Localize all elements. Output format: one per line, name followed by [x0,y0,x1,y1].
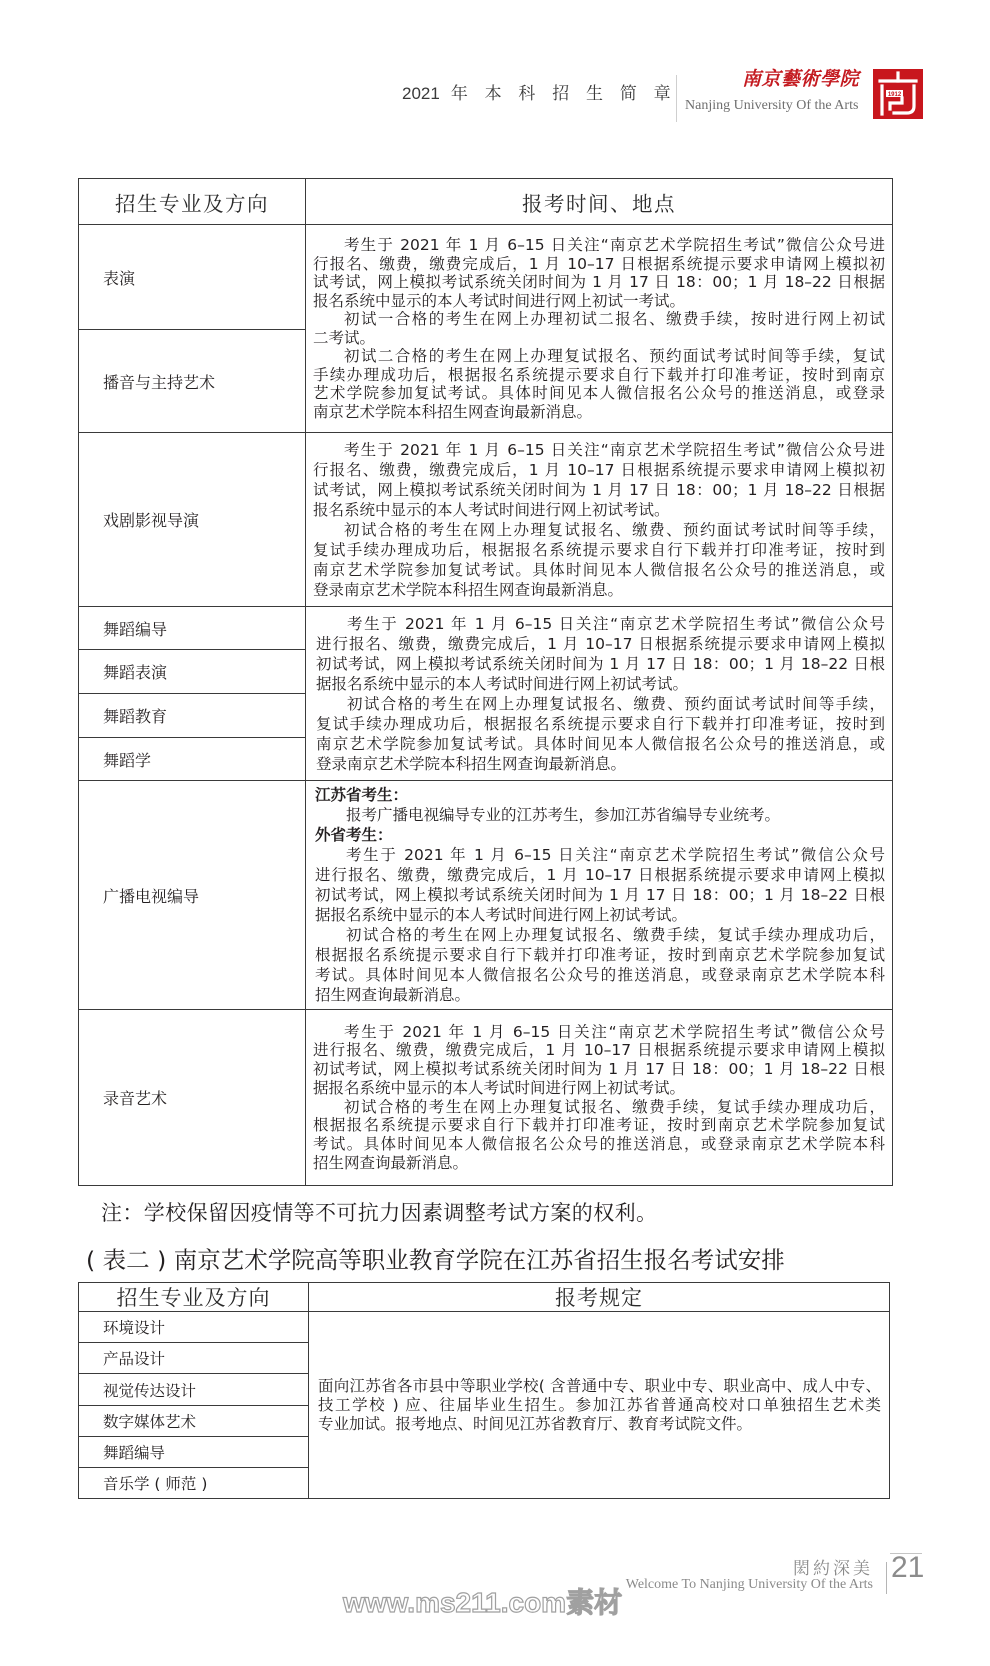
text-line: 初试合格的考生在网上办理复试报名、缴费、预约面试考试时间等手续， [313,520,885,540]
text-line: 南京艺术学院参加复试考试。具体时间见本人微信报名公众号的推送消息，或 [313,560,885,580]
text-line: 复试手续办理成功后，根据报名系统提示要求自行下载并打印准考证，按时到 [313,540,885,560]
text-line: 初试一合格的考生在网上办理初试二报名、缴费手续，按时进行网上初试 [313,310,885,329]
text-line: 登录南京艺术学院本科招生网查询最新消息。 [313,580,885,600]
schedule-cell: 考生于 2021 年 1 月 6–15 日关注“南京艺术学院招生考试”微信公众号… [306,607,893,781]
text-line: 初试合格的考生在网上办理复试报名、缴费手续，复试手续办理成功后， [313,1098,885,1117]
paragraph: 初试一合格的考生在网上办理初试二报名、缴费手续，按时进行网上初试 二考试。 [313,310,885,347]
admission-schedule-table: 招生专业及方向 报考时间、地点 表演 播音与主持艺术 考生于 2021 年 1 … [78,178,893,1186]
major-cell: 戏剧影视导演 [79,433,306,607]
schedule-cell: 考生于 2021 年 1 月 6–15 日关注“南京艺术学院招生考试”微信公众号… [306,433,893,607]
paragraph: 初试合格的考生在网上办理复试报名、缴费、预约面试考试时间等手续， 复试手续办理成… [313,520,885,600]
paragraph: 初试合格的考生在网上办理复试报名、缴费手续，复试手续办理成功后， 根据报名系统提… [313,1098,885,1173]
major-label: 音乐学 ( 师范 ) [103,1472,207,1494]
major-cell: 广播电视编导 [79,781,306,1010]
schedule-cell: 考生于 2021 年 1 月 6–15 日关注“南京艺术学院招生考试”微信公众号… [306,1010,893,1186]
column-header-schedule: 报考时间、地点 [306,179,893,225]
major-label: 戏剧影视导演 [103,508,199,531]
text-line: 面向江苏省各市县中等职业学校( 含普通中专、职业中专、职业高中、成人中专、 [318,1377,881,1396]
major-label: 舞蹈表演 [103,660,167,683]
major-cell: 表演 [79,225,306,330]
table2-title: ( 表二 ) 南京艺术学院高等职业教育学院在江苏省招生报名考试安排 [86,1246,785,1274]
column-header-rules-label: 报考规定 [555,1283,643,1312]
major-label: 舞蹈教育 [103,704,167,727]
text-line: 招生网查询最新消息。 [313,1154,885,1173]
text-line: 复试手续办理成功后，根据报名系统提示要求自行下载并打印准考证，按时到 [316,714,885,734]
paragraph: 考生于 2021 年 1 月 6–15 日关注“南京艺术学院招生考试”微信公众号… [315,845,885,925]
major-cell: 产品设计 [79,1343,309,1374]
major-label: 数字媒体艺术 [103,1410,196,1432]
major-cell: 舞蹈编导 [79,607,306,650]
paragraph: 初试合格的考生在网上办理复试报名、缴费、预约面试考试时间等手续， 复试手续办理成… [316,694,885,774]
text-line: 初试考试，网上模拟考试系统关闭时间为 1 月 17 日 18：00；1 月 18… [313,1060,885,1079]
text-line: 专业加试。报考地点、时间见江苏省教育厅、教育考试院文件。 [318,1415,881,1434]
school-name-english: Nanjing University Of the Arts [685,97,858,115]
text-line: 报名系统中显示的本人考试时间进行网上初试考试。 [313,500,885,520]
column-header-major-label: 招生专业及方向 [115,187,269,217]
column-header-major: 招生专业及方向 [79,179,306,225]
text-line: 考试。具体时间见本人微信报名公众号的推送消息，或登录南京艺术学院本科 [315,965,885,985]
schedule-cell: 江苏省考生： 报考广播电视编导专业的江苏考生，参加江苏省编导专业统考。 外省考生… [306,781,893,1010]
text-line: 初试二合格的考生在网上办理复试报名、预约面试考试时间等手续，复试 [313,347,885,366]
text-line: 进行报名、缴费，缴费完成后，1 月 10–17 日根据系统提示要求申请网上模拟 [313,1041,885,1060]
footer-divider [886,1562,887,1594]
text-line: 根据报名系统提示要求自行下载并打印准考证，按时到南京艺术学院参加复试 [313,1116,885,1135]
text-line: 进行报名、缴费，缴费完成后，1 月 10–17 日根据系统提示要求申请网上模拟 [316,634,885,654]
major-label: 录音艺术 [103,1086,167,1109]
text-line: 技工学校 ) 应、往届毕业生招生。参加江苏省普通高校对口单独招生艺术类 [318,1396,881,1415]
major-cell: 舞蹈表演 [79,650,306,694]
major-label: 播音与主持艺术 [103,370,215,393]
major-label: 环境设计 [103,1316,165,1338]
major-label: 舞蹈学 [103,748,151,771]
major-label: 广播电视编导 [103,884,199,907]
paragraph: 初试二合格的考生在网上办理复试报名、预约面试考试时间等手续，复试 手续办理成功后… [313,347,885,421]
text-line: 报考广播电视编导专业的江苏考生，参加江苏省编导专业统考。 [315,805,885,825]
brochure-title: 2021年本科招生简章 [402,84,687,104]
page-number: 21 [891,1551,924,1585]
section-heading-other-provinces: 外省考生： [315,825,885,845]
column-header-rules: 报考规定 [309,1283,890,1312]
column-header-major-label: 招生专业及方向 [117,1283,271,1312]
text-line: 考生于 2021 年 1 月 6–15 日关注“南京艺术学院招生考试”微信公众号 [313,1023,885,1042]
major-label: 舞蹈编导 [103,617,167,640]
text-line: 试考试，网上模拟考试系统关闭时间为 1 月 17 日 18：00；1 月 18–… [313,480,885,500]
text-line: 据报名系统中显示的本人考试时间进行网上初试考试。 [316,674,885,694]
major-cell: 环境设计 [79,1312,309,1343]
column-header-schedule-label: 报考时间、地点 [522,187,676,217]
text-line: 初试考试，网上模拟考试系统关闭时间为 1 月 17 日 18：00；1 月 18… [315,885,885,905]
major-cell: 播音与主持艺术 [79,330,306,433]
disclaimer-note: 注：学校保留因疫情等不可抗力因素调整考试方案的权利。 [101,1200,657,1226]
paragraph: 考生于 2021 年 1 月 6–15 日关注“南京艺术学院招生考试”微信公众号… [313,440,885,520]
paragraph: 报考广播电视编导专业的江苏考生，参加江苏省编导专业统考。 [315,805,885,825]
schedule-cell: 考生于 2021 年 1 月 6–15 日关注“南京艺术学院招生考试”微信公众号… [306,225,893,433]
text-line: 进行报名、缴费，缴费完成后，1 月 10–17 日根据系统提示要求申请网上模拟 [315,865,885,885]
logo-year: 1912 [888,92,902,98]
paragraph: 考生于 2021 年 1 月 6–15 日关注“南京艺术学院招生考试”微信公众号… [316,614,885,694]
text-line: 考试。具体时间见本人微信报名公众号的推送消息，或登录南京艺术学院本科 [313,1135,885,1154]
text-line: 初试考试，网上模拟考试系统关闭时间为 1 月 17 日 18：00；1 月 18… [316,654,885,674]
section-heading-jiangsu: 江苏省考生： [315,785,885,805]
major-cell: 舞蹈教育 [79,694,306,738]
major-cell: 音乐学 ( 师范 ) [79,1468,309,1499]
text-line: 考生于 2021 年 1 月 6–15 日关注“南京艺术学院招生考试”微信公众号… [313,236,885,255]
text-line: 考生于 2021 年 1 月 6–15 日关注“南京艺术学院招生考试”微信公众号 [316,614,885,634]
text-line: 据报名系统中显示的本人考试时间进行网上初试考试。 [315,905,885,925]
paragraph: 考生于 2021 年 1 月 6–15 日关注“南京艺术学院招生考试”微信公众号… [313,1023,885,1098]
text-line: 手续办理成功后，根据报名系统提示要求自行下载并打印准考证，按时到南京 [313,366,885,385]
text-line: 初试合格的考生在网上办理复试报名、缴费手续，复试手续办理成功后， [315,925,885,945]
welcome-tagline: Welcome To Nanjing University Of the Art… [626,1576,873,1594]
paragraph: 初试合格的考生在网上办理复试报名、缴费手续，复试手续办理成功后， 根据报名系统提… [315,925,885,1005]
major-cell: 舞蹈学 [79,738,306,781]
watermark: www.ms211.com素材 [343,1586,622,1620]
major-label: 舞蹈编导 [103,1441,165,1463]
major-label: 产品设计 [103,1347,165,1369]
header-divider [676,75,677,122]
nua-seal-logo-icon: 1912 [873,69,923,119]
text-line: 登录南京艺术学院本科招生网查询最新消息。 [316,754,885,774]
text-line: 艺术学院参加复试考试。具体时间见本人微信报名公众号的推送消息，或登录 [313,384,885,403]
text-line: 招生网查询最新消息。 [315,985,885,1005]
rules-cell: 面向江苏省各市县中等职业学校( 含普通中专、职业中专、职业高中、成人中专、 技工… [309,1312,890,1499]
column-header-major: 招生专业及方向 [79,1283,309,1312]
major-cell: 舞蹈编导 [79,1437,309,1468]
text-line: 试考试，网上模拟考试系统关闭时间为 1 月 17 日 18：00；1 月 18–… [313,273,885,292]
major-cell: 视觉传达设计 [79,1374,309,1406]
paragraph: 考生于 2021 年 1 月 6–15 日关注“南京艺术学院招生考试”微信公众号… [313,236,885,310]
text-line: 南京艺术学院本科招生网查询最新消息。 [313,403,885,422]
text-line: 据报名系统中显示的本人考试时间进行网上初试考试。 [313,1079,885,1098]
paragraph: 面向江苏省各市县中等职业学校( 含普通中专、职业中专、职业高中、成人中专、 技工… [318,1377,881,1434]
text-line: 行报名、缴费，缴费完成后，1 月 10–17 日根据系统提示要求申请网上模拟初 [313,255,885,274]
text-line: 初试合格的考生在网上办理复试报名、缴费、预约面试考试时间等手续， [316,694,885,714]
major-label: 视觉传达设计 [103,1379,196,1401]
major-cell: 录音艺术 [79,1010,306,1186]
school-name-chinese: 南京藝術學院 [742,68,859,90]
brochure-title-text: 年本科招生简章 [451,84,688,103]
text-line: 考生于 2021 年 1 月 6–15 日关注“南京艺术学院招生考试”微信公众号 [315,845,885,865]
vocational-college-table: 招生专业及方向 报考规定 环境设计 产品设计 视觉传达设计 数字媒体艺术 舞蹈编… [78,1282,890,1499]
text-line: 根据报名系统提示要求自行下载并打印准考证，按时到南京艺术学院参加复试 [315,945,885,965]
text-line: 考生于 2021 年 1 月 6–15 日关注“南京艺术学院招生考试”微信公众号… [313,440,885,460]
major-cell: 数字媒体艺术 [79,1406,309,1437]
text-line: 行报名、缴费，缴费完成后，1 月 10–17 日根据系统提示要求申请网上模拟初 [313,460,885,480]
brochure-title-year: 2021 [402,84,440,103]
major-label: 表演 [103,266,135,289]
text-line: 报名系统中显示的本人考试时间进行网上初试一考试。 [313,292,885,311]
text-line: 南京艺术学院参加复试考试。具体时间见本人微信报名公众号的推送消息，或 [316,734,885,754]
text-line: 二考试。 [313,329,885,348]
